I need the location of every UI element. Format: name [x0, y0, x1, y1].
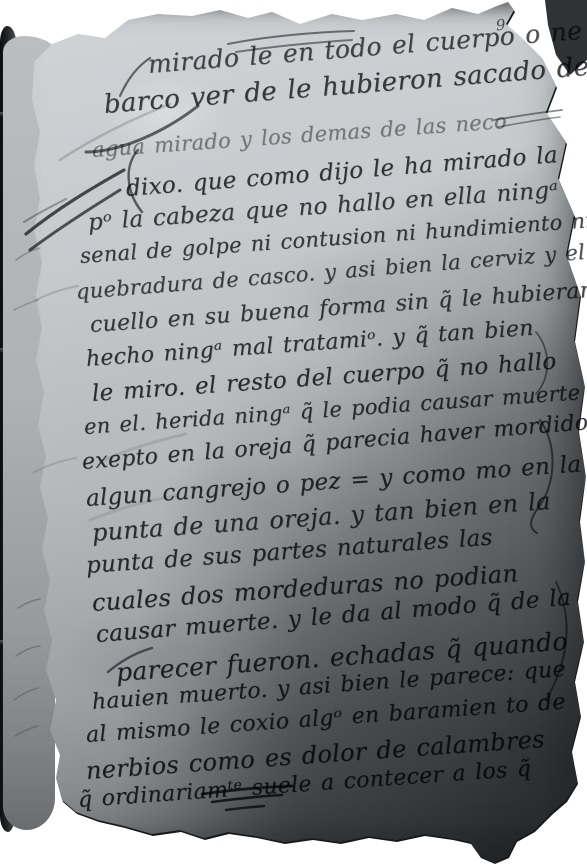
ink-flourish-layer [0, 0, 587, 868]
ghost-stroke [60, 104, 170, 160]
top-strike-flourish [236, 40, 352, 52]
right-margin-swash [546, 582, 567, 700]
ghost-stroke [100, 434, 186, 462]
ghost-stroke [14, 300, 38, 310]
right-margin-loop [531, 420, 552, 533]
ghost-stroke [90, 496, 175, 520]
descender-swash [86, 106, 198, 152]
paragraph-flourish [129, 150, 142, 212]
closing-scribble [226, 806, 264, 810]
ghost-stroke [34, 458, 76, 472]
lead-in-flourish [108, 648, 152, 672]
closing-scribble [202, 786, 292, 794]
lead-in-flourish [120, 58, 150, 96]
folio-number: 9 [495, 16, 506, 35]
ghost-stroke [14, 688, 38, 700]
ghost-stroke [16, 248, 40, 260]
ghost-stroke [36, 286, 78, 300]
margin-flourish [26, 170, 124, 234]
ghost-stroke [18, 599, 40, 608]
closing-scribble [212, 795, 282, 802]
ghost-stroke [16, 646, 40, 656]
manuscript-scan: 9 mirado le en todo el cuerpo o nebarco … [0, 0, 587, 868]
ghost-stroke [15, 726, 38, 736]
right-margin-loop [536, 332, 547, 394]
